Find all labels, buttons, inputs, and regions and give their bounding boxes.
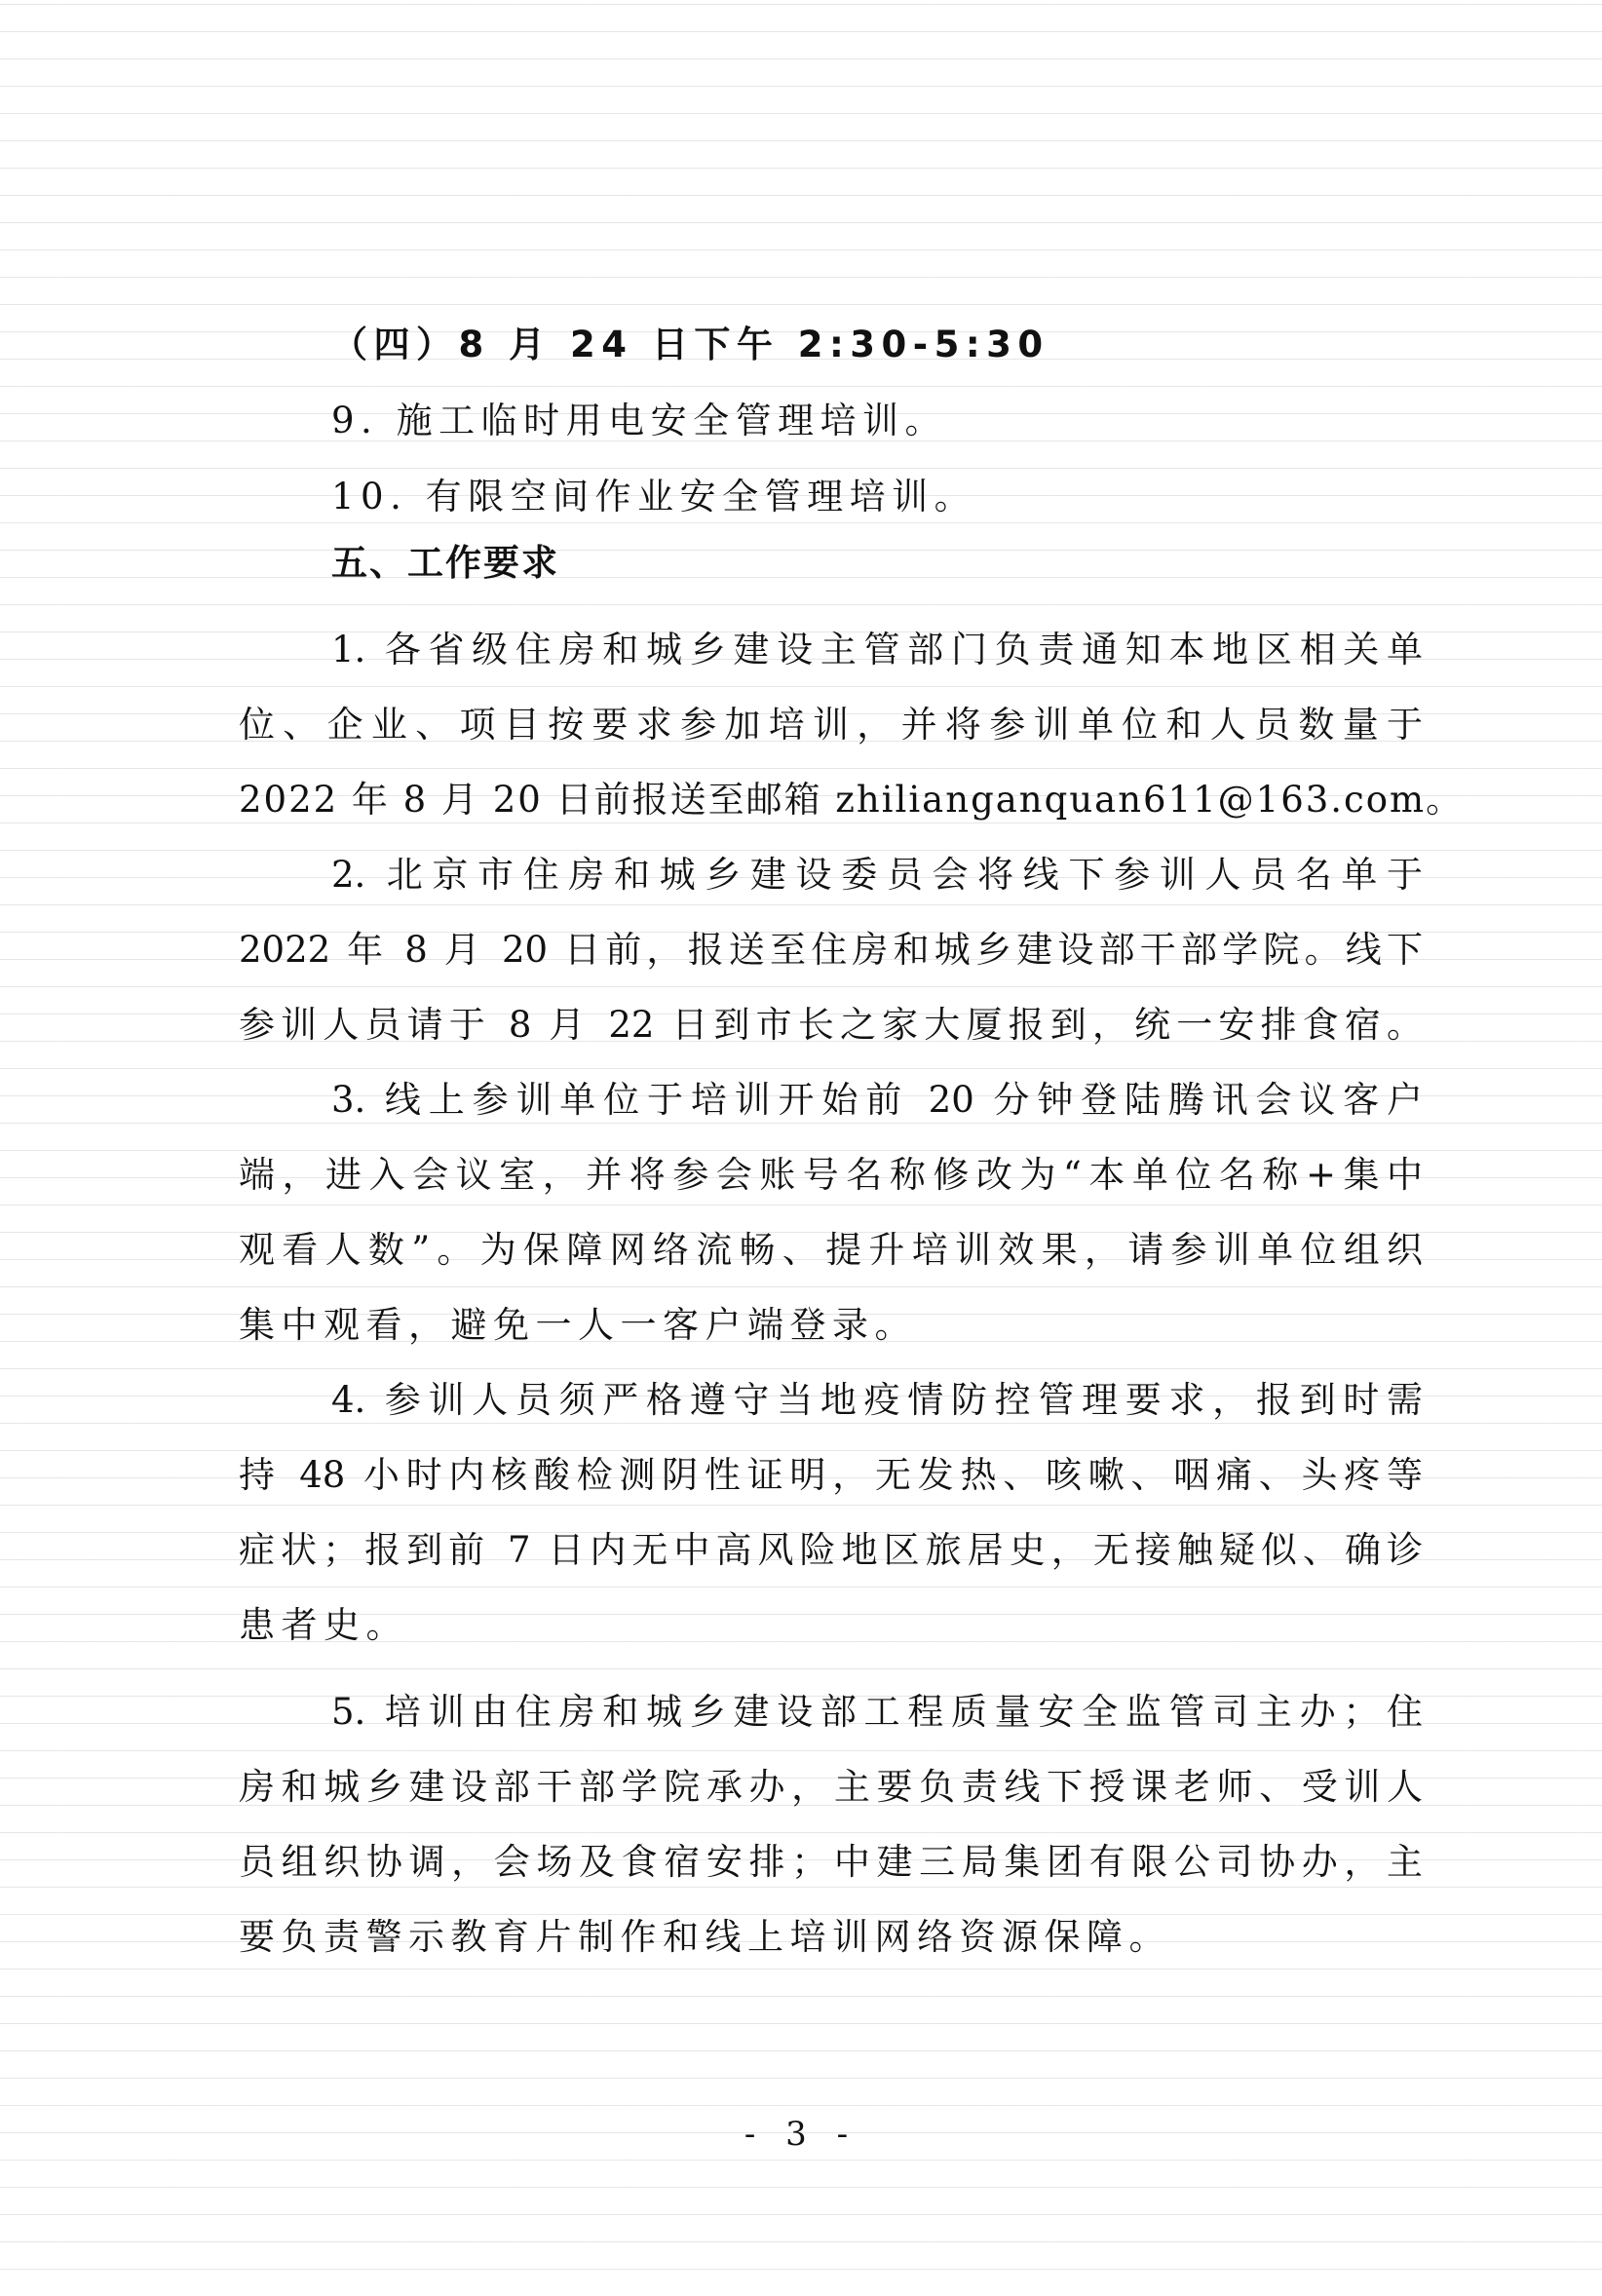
- document-page: （四）8 月 24 日下午 2:30-5:30 9. 施工临时用电安全管理培训。…: [0, 0, 1602, 2296]
- page-number: - 3 -: [0, 2115, 1602, 2154]
- paragraph-5-line-4: 要负责警示教育片制作和线上培训网络资源保障。: [239, 1916, 1423, 1959]
- subsection-heading: （四）8 月 24 日下午 2:30-5:30: [331, 324, 1423, 366]
- list-item-9: 9. 施工临时用电安全管理培训。: [331, 400, 1423, 442]
- paragraph-1-line-3: 2022 年 8 月 20 日前报送至邮箱 zhilianganquan611@…: [239, 779, 1423, 822]
- paragraph-5-line-1: 5. 培训由住房和城乡建设部工程质量安全监管司主办；住: [331, 1691, 1423, 1734]
- paragraph-4-line-3: 症状；报到前 7 日内无中高风险地区旅居史，无接触疑似、确诊: [239, 1529, 1423, 1572]
- paragraph-4-line-2: 持 48 小时内核酸检测阴性证明，无发热、咳嗽、咽痛、头疼等: [239, 1454, 1423, 1497]
- paragraph-3-line-4: 集中观看，避免一人一客户端登录。: [239, 1304, 1423, 1347]
- paragraph-1-line-2: 位、企业、项目按要求参加培训，并将参训单位和人员数量于: [239, 704, 1423, 746]
- paragraph-4-line-1: 4. 参训人员须严格遵守当地疫情防控管理要求，报到时需: [331, 1379, 1423, 1422]
- paragraph-3-line-2: 端，进入会议室，并将参会账号名称修改为“本单位名称+集中: [239, 1154, 1423, 1197]
- paragraph-5-line-3: 员组织协调，会场及食宿安排；中建三局集团有限公司协办，主: [239, 1841, 1423, 1884]
- section-heading: 五、工作要求: [331, 542, 1423, 585]
- paragraph-3-line-3: 观看人数”。为保障网络流畅、提升培训效果，请参训单位组织: [239, 1229, 1423, 1272]
- paragraph-2-line-1: 2. 北京市住房和城乡建设委员会将线下参训人员名单于: [331, 854, 1423, 897]
- paragraph-2-line-2: 2022 年 8 月 20 日前，报送至住房和城乡建设部干部学院。线下: [239, 929, 1423, 972]
- paragraph-2-line-3: 参训人员请于 8 月 22 日到市长之家大厦报到，统一安排食宿。: [239, 1004, 1423, 1047]
- paragraph-3-line-1: 3. 线上参训单位于培训开始前 20 分钟登陆腾讯会议客户: [331, 1079, 1423, 1122]
- paragraph-4-line-4: 患者史。: [239, 1604, 1423, 1647]
- paragraph-5-line-2: 房和城乡建设部干部学院承办，主要负责线下授课老师、受训人: [239, 1766, 1423, 1809]
- list-item-10: 10. 有限空间作业安全管理培训。: [331, 476, 1423, 518]
- paragraph-1-line-1: 1. 各省级住房和城乡建设主管部门负责通知本地区相关单: [331, 629, 1423, 671]
